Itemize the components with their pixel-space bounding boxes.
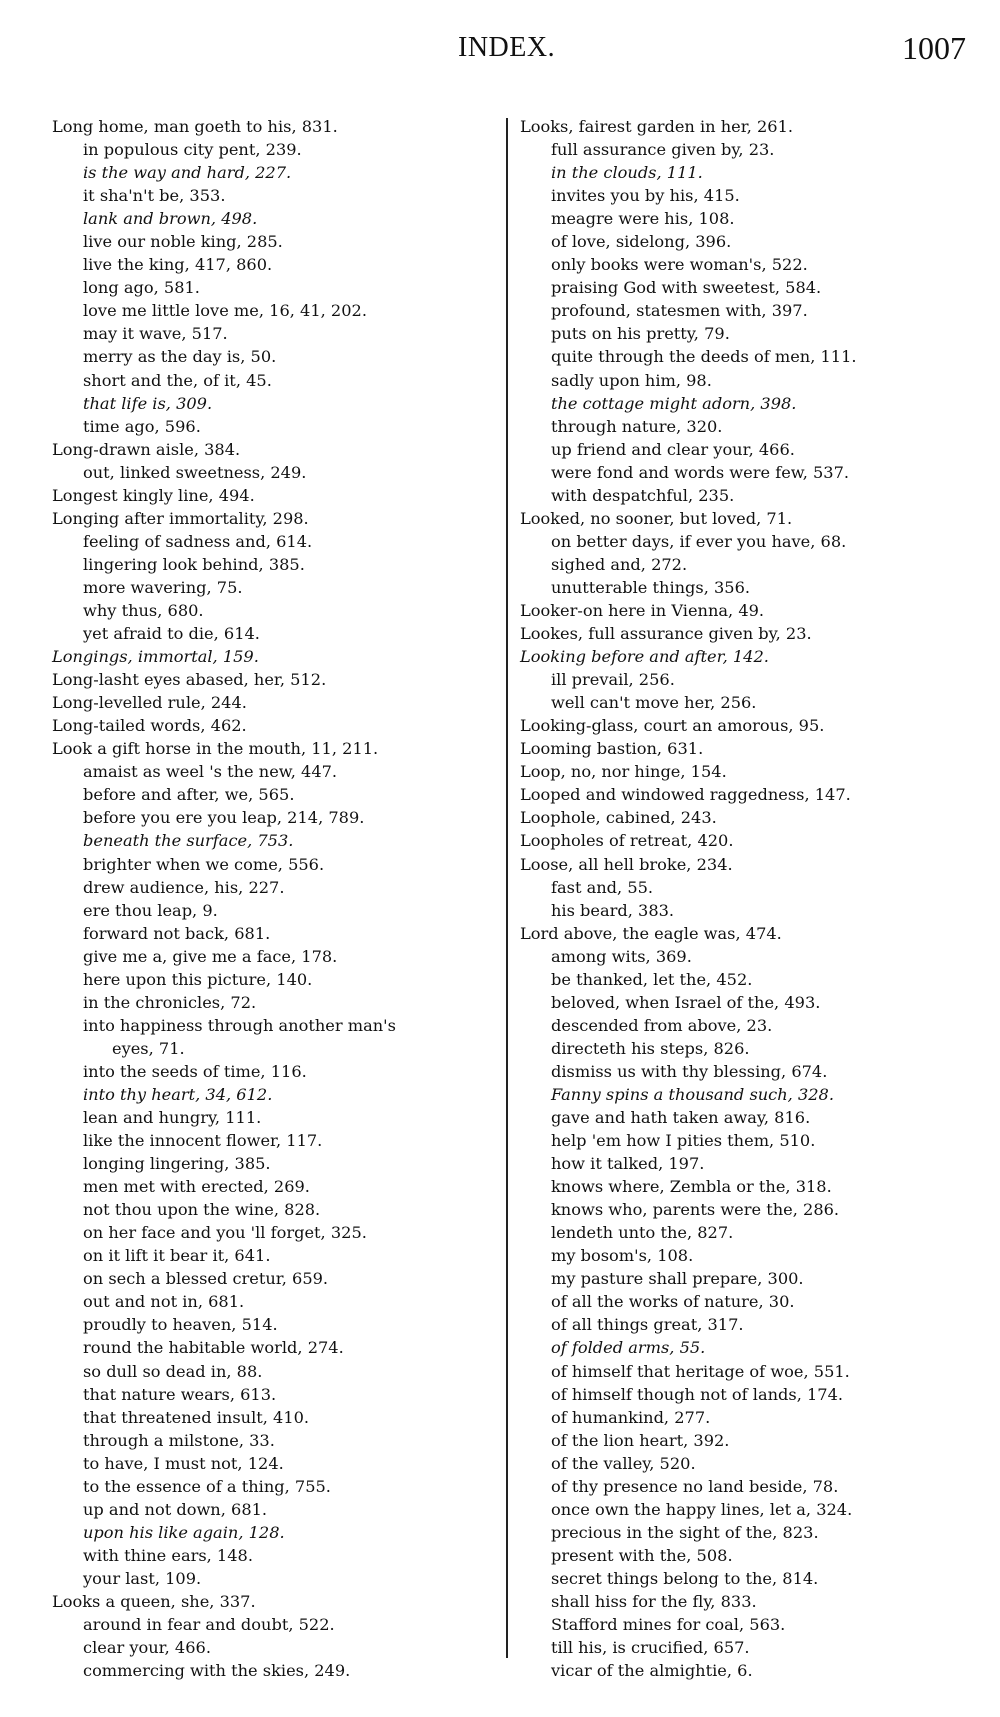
index-subentry: around in fear and doubt, 522. [52,1613,502,1636]
index-subentry: into the seeds of time, 116. [52,1060,502,1083]
index-entry: Loopholes of retreat, 420. [520,829,980,852]
index-subentry: more wavering, 75. [52,576,502,599]
index-subentry: dismiss us with thy blessing, 674. [520,1060,980,1083]
index-entry: Look a gift horse in the mouth, 11, 211. [52,737,502,760]
index-entry: Long home, man goeth to his, 831. [52,115,502,138]
index-subentry: your last, 109. [52,1567,502,1590]
index-subentry: is the way and hard, 227. [52,161,502,184]
index-subentry: his beard, 383. [520,899,980,922]
index-entry: Loose, all hell broke, 234. [520,853,980,876]
index-subentry: unutterable things, 356. [520,576,980,599]
index-subentry: the cottage might adorn, 398. [520,392,980,415]
index-subentry: my pasture shall prepare, 300. [520,1267,980,1290]
index-subentry: shall hiss for the fly, 833. [520,1590,980,1613]
index-subentry: beneath the surface, 753. [52,829,502,852]
index-subentry: vicar of the almightie, 6. [520,1659,980,1682]
index-subentry: commercing with the skies, 249. [52,1659,502,1682]
index-subentry: ere thou leap, 9. [52,899,502,922]
index-entry: Looming bastion, 631. [520,737,980,760]
index-entry: Looks a queen, she, 337. [52,1590,502,1613]
index-subentry: with thine ears, 148. [52,1544,502,1567]
index-subentry: Stafford mines for coal, 563. [520,1613,980,1636]
index-subentry: of all things great, 317. [520,1313,980,1336]
index-entry: Looker-on here in Vienna, 49. [520,599,980,622]
index-subentry: forward not back, 681. [52,922,502,945]
index-subentry: of folded arms, 55. [520,1336,980,1359]
index-subentry: sadly upon him, 98. [520,369,980,392]
index-subentry: to the essence of a thing, 755. [52,1475,502,1498]
index-subentry: present with the, 508. [520,1544,980,1567]
index-subentry: so dull so dead in, 88. [52,1360,502,1383]
index-subentry: lank and brown, 498. [52,207,502,230]
index-subentry: only books were woman's, 522. [520,253,980,276]
index-subentry: knows who, parents were the, 286. [520,1198,980,1221]
index-subentry: meagre were his, 108. [520,207,980,230]
index-subentry: before you ere you leap, 214, 789. [52,806,502,829]
index-subentry: clear your, 466. [52,1636,502,1659]
index-subentry: help 'em how I pities them, 510. [520,1129,980,1152]
index-subentry: before and after, we, 565. [52,783,502,806]
index-subentry: here upon this picture, 140. [52,968,502,991]
index-entry: Longings, immortal, 159. [52,645,502,668]
index-subentry: full assurance given by, 23. [520,138,980,161]
index-subentry: puts on his pretty, 79. [520,322,980,345]
index-subentry: long ago, 581. [52,276,502,299]
index-entry: Long-levelled rule, 244. [52,691,502,714]
index-subentry: that nature wears, 613. [52,1383,502,1406]
index-subentry: feeling of sadness and, 614. [52,530,502,553]
index-subentry: of himself though not of lands, 174. [520,1383,980,1406]
index-subentry: were fond and words were few, 537. [520,461,980,484]
index-subentry: sighed and, 272. [520,553,980,576]
index-subentry: lean and hungry, 111. [52,1106,502,1129]
index-subentry: amaist as weel 's the new, 447. [52,760,502,783]
page-title: INDEX. [458,32,555,64]
index-subentry: love me little love me, 16, 41, 202. [52,299,502,322]
index-subentry: short and the, of it, 45. [52,369,502,392]
index-subentry: in populous city pent, 239. [52,138,502,161]
index-subentry: well can't move her, 256. [520,691,980,714]
index-subentry: out, linked sweetness, 249. [52,461,502,484]
index-subentry: round the habitable world, 274. [52,1336,502,1359]
index-column-right: Looks, fairest garden in her, 261.full a… [520,115,980,1682]
index-entry: Looking-glass, court an amorous, 95. [520,714,980,737]
index-subentry: into thy heart, 34, 612. [52,1083,502,1106]
index-subentry: on it lift it bear it, 641. [52,1244,502,1267]
index-subentry: not thou upon the wine, 828. [52,1198,502,1221]
index-subentry: that life is, 309. [52,392,502,415]
index-subentry: invites you by his, 415. [520,184,980,207]
index-subentry: like the innocent flower, 117. [52,1129,502,1152]
index-entry: Loophole, cabined, 243. [520,806,980,829]
index-subentry: out and not in, 681. [52,1290,502,1313]
page-number: 1007 [902,30,966,67]
index-subentry: drew audience, his, 227. [52,876,502,899]
index-subentry: live the king, 417, 860. [52,253,502,276]
index-entry: Looked, no sooner, but loved, 71. [520,507,980,530]
index-subentry: proudly to heaven, 514. [52,1313,502,1336]
index-subentry: of love, sidelong, 396. [520,230,980,253]
index-subentry: with despatchful, 235. [520,484,980,507]
index-subentry: in the chronicles, 72. [52,991,502,1014]
index-entry: Loop, no, nor hinge, 154. [520,760,980,783]
index-subentry: knows where, Zembla or the, 318. [520,1175,980,1198]
index-subentry: on better days, if ever you have, 68. [520,530,980,553]
index-subentry: of humankind, 277. [520,1406,980,1429]
index-subentry: fast and, 55. [520,876,980,899]
index-subentry: praising God with sweetest, 584. [520,276,980,299]
index-entry: Looking before and after, 142. [520,645,980,668]
index-entry: Long-drawn aisle, 384. [52,438,502,461]
index-subentry: longing lingering, 385. [52,1152,502,1175]
index-subentry: men met with erected, 269. [52,1175,502,1198]
index-subentry: descended from above, 23. [520,1014,980,1037]
index-subentry: precious in the sight of the, 823. [520,1521,980,1544]
index-subentry: lingering look behind, 385. [52,553,502,576]
index-subentry: merry as the day is, 50. [52,345,502,368]
index-subentry: upon his like again, 128. [52,1521,502,1544]
index-subentry: secret things belong to the, 814. [520,1567,980,1590]
index-subentry: till his, is crucified, 657. [520,1636,980,1659]
index-subentry: live our noble king, 285. [52,230,502,253]
index-subentry: once own the happy lines, let a, 324. [520,1498,980,1521]
index-subentry: my bosom's, 108. [520,1244,980,1267]
index-entry: Lord above, the eagle was, 474. [520,922,980,945]
index-subentry: profound, statesmen with, 397. [520,299,980,322]
index-subentry: of all the works of nature, 30. [520,1290,980,1313]
index-subentry: into happiness through another man's [52,1014,502,1037]
index-subentry: in the clouds, 111. [520,161,980,184]
index-subentry: up friend and clear your, 466. [520,438,980,461]
index-subentry: on her face and you 'll forget, 325. [52,1221,502,1244]
index-subentry: lendeth unto the, 827. [520,1221,980,1244]
index-subentry: may it wave, 517. [52,322,502,345]
index-page: INDEX. 1007 Long home, man goeth to his,… [0,0,1000,1717]
index-subentry: of the valley, 520. [520,1452,980,1475]
index-subentry: to have, I must not, 124. [52,1452,502,1475]
index-subentry: yet afraid to die, 614. [52,622,502,645]
index-subentry: up and not down, 681. [52,1498,502,1521]
index-subentry: why thus, 680. [52,599,502,622]
index-entry: Lookes, full assurance given by, 23. [520,622,980,645]
index-subentry: of himself that heritage of woe, 551. [520,1360,980,1383]
index-entry: Long-lasht eyes abased, her, 512. [52,668,502,691]
index-subentry: it sha'n't be, 353. [52,184,502,207]
index-subentry: how it talked, 197. [520,1152,980,1175]
index-subentry: among wits, 369. [520,945,980,968]
index-subentry: give me a, give me a face, 178. [52,945,502,968]
column-divider [506,118,508,1658]
index-entry: Looks, fairest garden in her, 261. [520,115,980,138]
index-entry-continuation: eyes, 71. [52,1037,502,1060]
index-subentry: directeth his steps, 826. [520,1037,980,1060]
index-subentry: ill prevail, 256. [520,668,980,691]
index-subentry: quite through the deeds of men, 111. [520,345,980,368]
index-subentry: of thy presence no land beside, 78. [520,1475,980,1498]
index-subentry: through a milstone, 33. [52,1429,502,1452]
index-entry: Longest kingly line, 494. [52,484,502,507]
index-entry: Longing after immortality, 298. [52,507,502,530]
index-column-left: Long home, man goeth to his, 831.in popu… [52,115,502,1682]
index-subentry: brighter when we come, 556. [52,853,502,876]
index-subentry: gave and hath taken away, 816. [520,1106,980,1129]
index-subentry: Fanny spins a thousand such, 328. [520,1083,980,1106]
index-subentry: that threatened insult, 410. [52,1406,502,1429]
index-entry: Looped and windowed raggedness, 147. [520,783,980,806]
index-subentry: on sech a blessed cretur, 659. [52,1267,502,1290]
index-entry: Long-tailed words, 462. [52,714,502,737]
index-subentry: of the lion heart, 392. [520,1429,980,1452]
index-subentry: through nature, 320. [520,415,980,438]
index-subentry: be thanked, let the, 452. [520,968,980,991]
index-subentry: beloved, when Israel of the, 493. [520,991,980,1014]
index-subentry: time ago, 596. [52,415,502,438]
